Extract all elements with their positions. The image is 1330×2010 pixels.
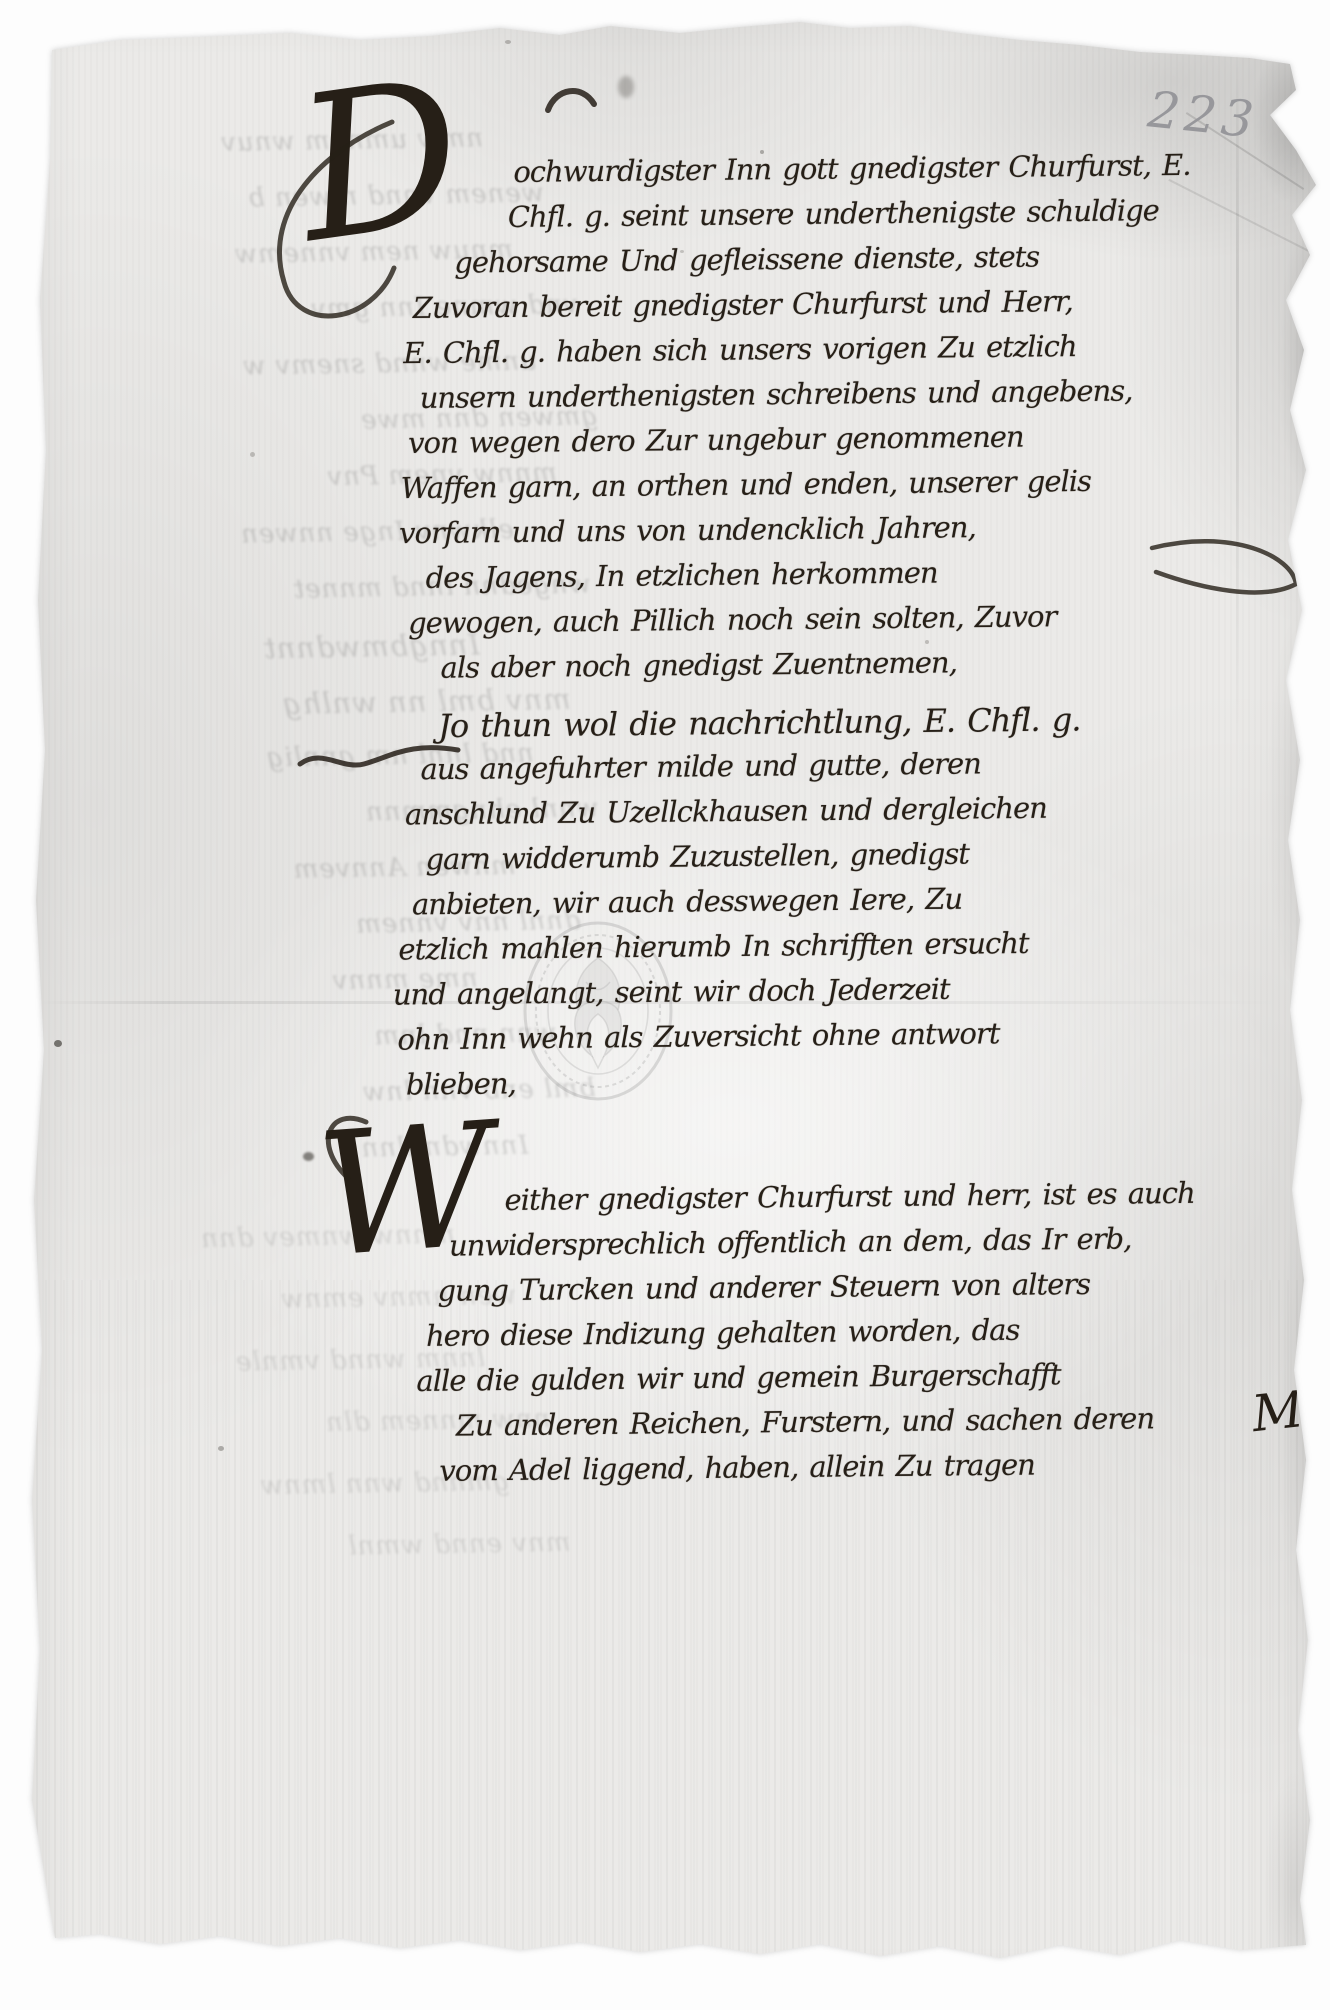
manuscript-line: either gnedigster Churfurst und herr, is…	[504, 1176, 1195, 1228]
bleedthrough-line: mnv ennd wmnl	[60, 1528, 571, 1599]
manuscript-line: Zu anderen Reichen, Furstern, und sachen…	[456, 1401, 1198, 1454]
marginal-mark: M.	[1249, 1379, 1318, 1443]
manuscript-line: unwidersprechlich offentlich an dem, das…	[449, 1221, 1196, 1274]
ink-speck	[1035, 160, 1040, 164]
manuscript-line: aus angefuhrter milde und gutte, deren	[420, 745, 1081, 797]
paper-sheet: nmw umnem wnuvwenem vnnd mwen bmnuw nem …	[0, 0, 1330, 2010]
ink-smudge	[618, 76, 634, 98]
manuscript-line: unsern underthenigsten schreibens und an…	[420, 373, 1194, 426]
bleedthrough-line: wen nmnv emnw	[56, 1281, 517, 1351]
manuscript-line: gehorsame Und gefleissene dienste, stets	[454, 238, 1192, 291]
ink-speck	[760, 150, 764, 154]
manuscript-line: Chfl. g. seint unsere underthenigste sch…	[508, 193, 1192, 245]
ink-speck	[250, 452, 255, 457]
paragraph-3: either gnedigster Churfurst und herr, is…	[396, 1176, 1197, 1499]
ink-speck	[925, 640, 929, 644]
manuscript-line: vom Adel liggend, haben, allein Zu trage…	[439, 1446, 1198, 1499]
manuscript-line: anschlund Zu Uzellckhausen und dergleich…	[405, 790, 1082, 842]
ink-speck	[218, 1446, 224, 1451]
ink-speck	[680, 250, 684, 253]
vertical-fold-crease	[1236, 62, 1239, 752]
manuscript-line: Zuvoran bereit gnedigster Churfurst und …	[413, 283, 1193, 336]
manuscript-line: Jo thun wol die nachrichtlung, E. Chfl. …	[438, 700, 1081, 752]
manuscript-line: und angelangt, seint wir doch Jederzeit	[393, 970, 1084, 1022]
bleedthrough-line: nnw mnnem dln	[58, 1404, 551, 1475]
manuscript-line: des Jagens, In etzlichen herkommen	[425, 553, 1195, 606]
ink-blot	[303, 1152, 314, 1161]
manuscript-line: gung Turcken und anderer Steuern von alt…	[437, 1266, 1196, 1319]
ink-speck	[505, 40, 511, 44]
manuscript-line: alle die gulden wir und gemein Burgersch…	[416, 1356, 1197, 1409]
manuscript-line: hero diese Indizung gehalten worden, das	[426, 1311, 1197, 1364]
manuscript-line: als aber noch gnedigst Zuentnemen,	[440, 643, 1196, 696]
paragraph-2: Jo thun wol die nachrichtlung, E. Chfl. …	[390, 700, 1085, 1112]
manuscript-line: ohn Inn wehn als Zuversicht ohne antwort	[397, 1015, 1084, 1067]
paper-shadow-wrap: nmw umnem wnuvwenem vnnd mwen bmnuw nem …	[0, 0, 1330, 2010]
manuscript-line: garn widderumb Zuzustellen, gnedigst	[425, 835, 1082, 887]
manuscript-line: etzlich mahlen hierumb In schrifften ers…	[398, 925, 1083, 977]
manuscript-line: ochwurdigster Inn gott gnedigster Churfu…	[513, 148, 1191, 200]
ink-blot	[54, 1040, 62, 1047]
scanned-page: nmw umnem wnuvwenem vnnd mwen bmnuw nem …	[0, 0, 1330, 2010]
bleedthrough-line: gmnnd wnn lmnw	[59, 1467, 510, 1537]
pencil-page-number: 223	[1145, 80, 1261, 149]
manuscript-line: anbieten, wir auch desswegen Iere, Zu	[412, 880, 1083, 932]
bleedthrough-line: lnnm wnnd vmnle	[57, 1343, 486, 1412]
manuscript-line: blieben,	[406, 1060, 1085, 1112]
paragraph-1: ochwurdigster Inn gott gnedigster Churfu…	[395, 148, 1196, 696]
